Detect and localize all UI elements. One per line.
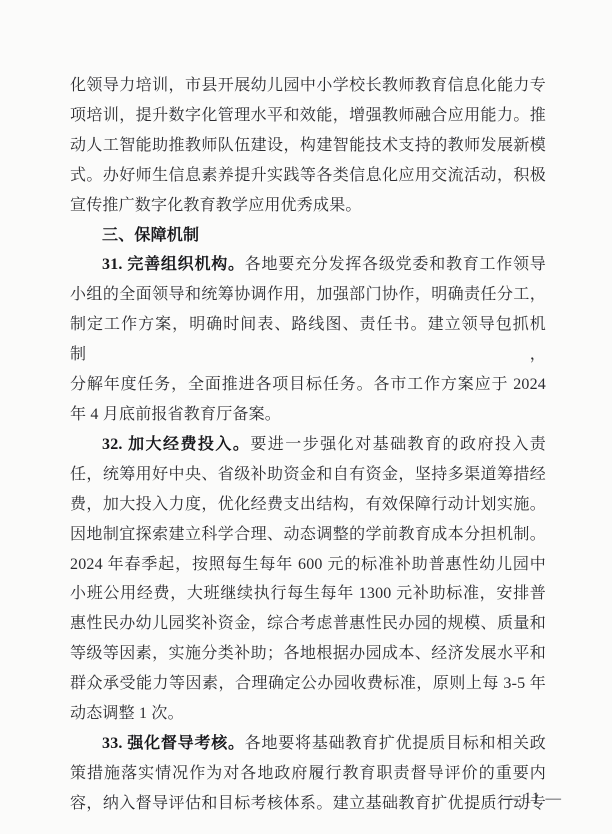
- text-line: 费，加大投入力度，优化经费支出结构，有效保障行动计划实施。: [70, 490, 546, 520]
- text-line: 分解年度任务，全面推进各项目标任务。各市工作方案应于 2024: [70, 370, 546, 400]
- bold-lead: 32. 加大经费投入。: [102, 436, 250, 453]
- document-page: 化领导力培训，市县开展幼儿园中小学校长教师教育信息化能力专项培训，提升数字化管理…: [0, 0, 612, 834]
- text-segment: 因地制宜探索建立科学合理、动态调整的学前教育成本分担机制。: [70, 526, 546, 543]
- page-number: — 11 —: [502, 789, 562, 809]
- text-segment: 2024 年春季起，按照每生每年 600 元的标准补助普惠性幼儿园中: [70, 556, 546, 573]
- text-segment: 群众承受能力等因素，合理确定公办园收费标准，原则上每 3-5 年: [70, 675, 546, 692]
- text-line: 32. 加大经费投入。要进一步强化对基础教育的政府投入责: [70, 430, 546, 460]
- text-segment: 任，统筹用好中央、省级补助资金和自有资金，坚持多渠道筹措经: [70, 466, 546, 483]
- text-line: 年 4 月底前报省教育厅备案。: [70, 400, 546, 430]
- text-segment: 小组的全面领导和统筹协调作用，加强部门协作，明确责任分工，: [70, 286, 546, 303]
- text-line: 策措施落实情况作为对各地政府履行教育职责督导评价的重要内: [70, 759, 546, 789]
- text-segment: 动人工智能助推教师队伍建设，构建智能技术支持的教师发展新模: [70, 137, 546, 154]
- text-segment: 宣传推广数字化教育教学应用优秀成果。: [70, 197, 362, 214]
- text-line: 因地制宜探索建立科学合理、动态调整的学前教育成本分担机制。: [70, 520, 546, 550]
- text-line: 33. 强化督导考核。各地要将基础教育扩优提质目标和相关政: [70, 729, 546, 759]
- text-segment: 化领导力培训，市县开展幼儿园中小学校长教师教育信息化能力专: [70, 77, 546, 94]
- text-segment: 等级等因素，实施分类补助；各地根据办园成本、经济发展水平和: [70, 645, 546, 662]
- text-line: 项培训，提升数字化管理水平和效能，增强教师融合应用能力。推: [70, 101, 546, 131]
- text-segment: 小班公用经费，大班继续执行每生每年 1300 元补助标准，安排普: [70, 585, 546, 602]
- text-line: 化领导力培训，市县开展幼儿园中小学校长教师教育信息化能力专: [70, 71, 546, 101]
- text-line: 小组的全面领导和统筹协调作用，加强部门协作，明确责任分工，: [70, 280, 546, 310]
- text-segment: 各地要将基础教育扩优提质目标和相关政: [245, 735, 546, 752]
- section-heading-3: 三、保障机制: [70, 221, 546, 251]
- item-33-paragraph: 33. 强化督导考核。各地要将基础教育扩优提质目标和相关政策措施落实情况作为对各…: [70, 729, 546, 819]
- text-segment: 动态调整 1 次。: [70, 705, 184, 722]
- bold-lead: 三、保障机制: [102, 227, 199, 244]
- text-segment: 项培训，提升数字化管理水平和效能，增强教师融合应用能力。推: [70, 107, 546, 124]
- text-line: 容，纳入督导评估和目标考核体系。建立基础教育扩优提质行动专: [70, 789, 546, 819]
- text-line: 2024 年春季起，按照每生每年 600 元的标准补助普惠性幼儿园中: [70, 550, 546, 580]
- item-32-paragraph: 32. 加大经费投入。要进一步强化对基础教育的政府投入责任，统筹用好中央、省级补…: [70, 430, 546, 729]
- text-segment: 费，加大投入力度，优化经费支出结构，有效保障行动计划实施。: [70, 496, 546, 513]
- text-segment: 制定工作方案，明确时间表、路线图、责任书。建立领导包抓机制，: [70, 316, 546, 363]
- text-line: 动态调整 1 次。: [70, 699, 546, 729]
- text-line: 惠性民办幼儿园奖补资金，综合考虑普惠性民办园的规模、质量和: [70, 609, 546, 639]
- text-line: 制定工作方案，明确时间表、路线图、责任书。建立领导包抓机制，: [70, 310, 546, 370]
- text-line: 任，统筹用好中央、省级补助资金和自有资金，坚持多渠道筹措经: [70, 460, 546, 490]
- text-line: 动人工智能助推教师队伍建设，构建智能技术支持的教师发展新模: [70, 131, 546, 161]
- text-line: 等级等因素，实施分类补助；各地根据办园成本、经济发展水平和: [70, 639, 546, 669]
- text-line: 三、保障机制: [70, 221, 546, 251]
- text-segment: 策措施落实情况作为对各地政府履行教育职责督导评价的重要内: [70, 765, 546, 782]
- text-segment: 惠性民办幼儿园奖补资金，综合考虑普惠性民办园的规模、质量和: [70, 615, 546, 632]
- text-line: 式。办好师生信息素养提升实践等各类信息化应用交流活动，积极: [70, 161, 546, 191]
- paragraph-continuation: 化领导力培训，市县开展幼儿园中小学校长教师教育信息化能力专项培训，提升数字化管理…: [70, 71, 546, 221]
- bold-lead: 31. 完善组织机构。: [102, 256, 245, 273]
- text-segment: 式。办好师生信息素养提升实践等各类信息化应用交流活动，积极: [70, 167, 546, 184]
- text-segment: 分解年度任务，全面推进各项目标任务。各市工作方案应于 2024: [70, 376, 546, 393]
- text-line: 群众承受能力等因素，合理确定公办园收费标准，原则上每 3-5 年: [70, 669, 546, 699]
- text-segment: 年 4 月底前报省教育厅备案。: [70, 406, 281, 423]
- item-31-paragraph: 31. 完善组织机构。各地要充分发挥各级党委和教育工作领导小组的全面领导和统筹协…: [70, 250, 546, 429]
- bold-lead: 33. 强化督导考核。: [102, 735, 245, 752]
- document-content: 化领导力培训，市县开展幼儿园中小学校长教师教育信息化能力专项培训，提升数字化管理…: [70, 71, 546, 819]
- text-segment: 各地要充分发挥各级党委和教育工作领导: [245, 256, 546, 273]
- text-segment: 容，纳入督导评估和目标考核体系。建立基础教育扩优提质行动专: [70, 795, 546, 812]
- text-segment: 要进一步强化对基础教育的政府投入责: [250, 436, 546, 453]
- text-line: 31. 完善组织机构。各地要充分发挥各级党委和教育工作领导: [70, 250, 546, 280]
- text-line: 宣传推广数字化教育教学应用优秀成果。: [70, 191, 546, 221]
- text-line: 小班公用经费，大班继续执行每生每年 1300 元补助标准，安排普: [70, 579, 546, 609]
